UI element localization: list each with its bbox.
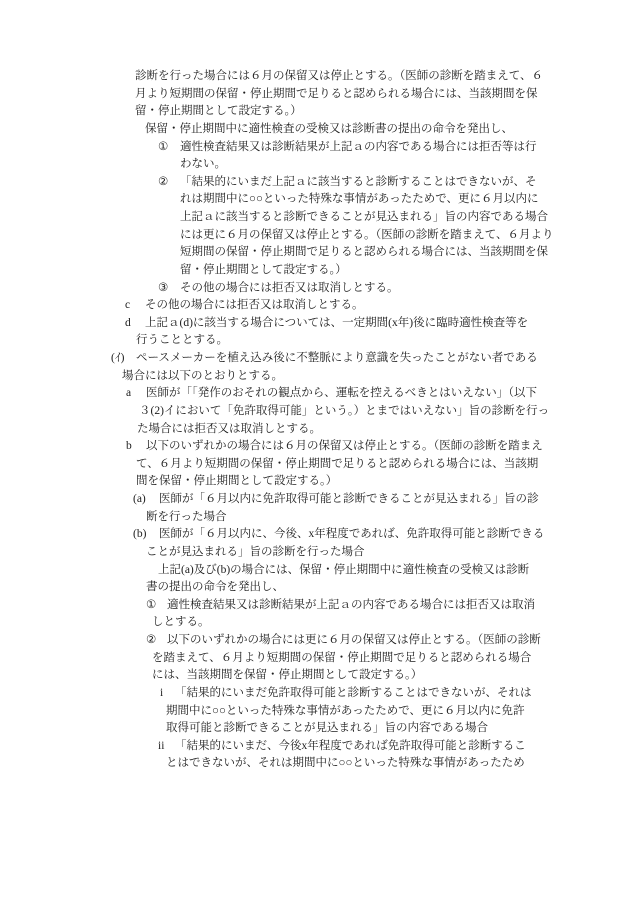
text-line: d上記ａ(d)に該当する場合については、一定期間(x年)後に臨時適性検査等を: [0, 315, 630, 333]
text-line: (b)医師が「６月以内に、今後、x年程度であれば、免許取得可能と診断できる: [0, 526, 630, 544]
line-text: とはできないが、それは期間中に○○といった特殊な事情があったため: [166, 755, 525, 773]
text-line: には、当該期間を保留・停止期間として設定する。）: [0, 667, 630, 685]
text-line: 書の提出の命令を発出し、: [0, 579, 630, 597]
line-text: れは期間中に○○といった特殊な事情があったためで、更に６月以内に: [180, 191, 539, 209]
text-line: ①適性検査結果又は診断結果が上記ａの内容である場合には拒否又は取消: [0, 597, 630, 615]
line-text: しとする。: [152, 614, 210, 632]
line-text: 「結果的にいまだ免許取得可能と診断することはできないが、それは: [175, 685, 532, 703]
text-line: ②「結果的にいまだ上記ａに該当すると診断することはできないが、そ: [0, 174, 630, 192]
text-line: ３(2)イにおいて「免許取得可能」という。）とまではいえない」旨の診断を行っ: [0, 403, 630, 421]
line-text: ことが見込まれる」旨の診断を行った場合: [146, 544, 365, 562]
line-text: 上記ａ(d)に該当する場合については、一定期間(x年)後に臨時適性検査等を: [145, 315, 528, 333]
line-text: 留・停止期間として設定する。）: [135, 103, 302, 121]
line-text: 取得可能と診断できることが見込まれる」旨の内容である場合: [166, 720, 488, 738]
text-line: 上記(a)及び(b)の場合には、保留・停止期間中に適性検査の受検又は診断: [0, 562, 630, 580]
text-line: 上記ａに該当すると診断できることが見込まれる」旨の内容である場合: [0, 209, 630, 227]
list-marker: (a): [133, 491, 159, 509]
text-line: 行うこととする。: [0, 332, 630, 350]
line-text: 留・停止期間として設定する。）: [180, 262, 347, 280]
list-marker: c: [125, 297, 145, 315]
line-text: には、当該期間を保留・停止期間として設定する。）: [152, 667, 422, 685]
text-line: わない。: [0, 156, 630, 174]
line-text: 行うこととする。: [136, 332, 228, 350]
line-text: わない。: [180, 156, 226, 174]
line-text: 医師が「６月以内に免許取得可能と診断できることが見込まれる」旨の診: [159, 491, 539, 509]
list-marker: (b): [133, 526, 159, 544]
text-line: ことが見込まれる」旨の診断を行った場合: [0, 544, 630, 562]
line-text: 適性検査結果又は診断結果が上記ａの内容である場合には拒否等は行: [180, 139, 537, 157]
text-line: 留・停止期間として設定する。）: [0, 103, 630, 121]
text-line: 短期間の保留・停止期間で足りると認められる場合には、当該期間を保: [0, 244, 630, 262]
text-line: a医師が「「発作のおそれの観点から、運転を控えるべきとはいえない」（以下: [0, 385, 630, 403]
document-page: 診断を行った場合には６月の保留又は停止とする。（医師の診断を踏まえて、６月より短…: [0, 68, 630, 773]
list-marker: (ｲ): [111, 350, 136, 368]
line-text: 断を行った場合: [146, 509, 227, 527]
text-line: ③その他の場合には拒否又は取消しとする。: [0, 280, 630, 298]
text-line: 月より短期間の保留・停止期間で足りると認められる場合には、当該期間を保: [0, 86, 630, 104]
list-marker: ①: [158, 139, 180, 157]
text-line: (ｲ)ペースメーカーを植え込み後に不整脈により意識を失ったことがない者である: [0, 350, 630, 368]
text-line: 留・停止期間として設定する。）: [0, 262, 630, 280]
line-text: 月より短期間の保留・停止期間で足りると認められる場合には、当該期間を保: [135, 86, 538, 104]
text-line: 保留・停止期間中に適性検査の受検又は診断書の提出の命令を発出し、: [0, 121, 630, 139]
line-text: 場合には以下のとおりとする。: [122, 368, 283, 386]
line-text: 「結果的にいまだ上記ａに該当すると診断することはできないが、そ: [180, 174, 537, 192]
text-line: れは期間中に○○といった特殊な事情があったためで、更に６月以内に: [0, 191, 630, 209]
text-line: ①適性検査結果又は診断結果が上記ａの内容である場合には拒否等は行: [0, 139, 630, 157]
text-line: 期間中に○○といった特殊な事情があったためで、更に６月以内に免許: [0, 703, 630, 721]
line-text: ペースメーカーを植え込み後に不整脈により意識を失ったことがない者である: [136, 350, 538, 368]
line-text: 以下のいずれかの場合には更に６月の保留又は停止とする。（医師の診断: [167, 632, 541, 650]
text-line: 診断を行った場合には６月の保留又は停止とする。（医師の診断を踏まえて、６: [0, 68, 630, 86]
list-marker: ①: [146, 597, 167, 615]
line-text: その他の場合には拒否又は取消しとする。: [180, 280, 399, 298]
line-text: を踏まえて、６月より短期間の保留・停止期間で足りると認められる場合: [152, 650, 531, 668]
list-marker: ii: [158, 738, 175, 756]
list-marker: ②: [158, 174, 180, 192]
text-line: i「結果的にいまだ免許取得可能と診断することはできないが、それは: [0, 685, 630, 703]
line-text: 医師が「「発作のおそれの観点から、運転を控えるべきとはいえない」（以下: [146, 385, 537, 403]
text-line: しとする。: [0, 614, 630, 632]
line-text: 以下のいずれかの場合には６月の保留又は停止とする。（医師の診断を踏まえ: [146, 438, 543, 456]
line-text: 医師が「６月以内に、今後、x年程度であれば、免許取得可能と診断できる: [159, 526, 544, 544]
list-marker: a: [126, 385, 146, 403]
line-text: 適性検査結果又は診断結果が上記ａの内容である場合には拒否又は取消: [167, 597, 535, 615]
text-line: 間を保留・停止期間として設定する。）: [0, 473, 630, 491]
line-text: 短期間の保留・停止期間で足りると認められる場合には、当該期間を保: [180, 244, 548, 262]
list-marker: ②: [146, 632, 167, 650]
text-line: 断を行った場合: [0, 509, 630, 527]
list-marker: b: [126, 438, 146, 456]
text-line: には更に６月の保留又は停止とする。（医師の診断を踏まえて、６月より: [0, 227, 630, 245]
line-text: ３(2)イにおいて「免許取得可能」という。）とまではいえない」旨の診断を行っ: [139, 403, 549, 421]
text-line: b以下のいずれかの場合には６月の保留又は停止とする。（医師の診断を踏まえ: [0, 438, 630, 456]
line-text: 「結果的にいまだ、今後x年程度であれば免許取得可能と診断するこ: [175, 738, 526, 756]
list-marker: i: [160, 685, 175, 703]
line-text: て、６月より短期間の保留・停止期間で足りると認められる場合には、当該期: [136, 456, 538, 474]
line-text: 保留・停止期間中に適性検査の受検又は診断書の提出の命令を発出し、: [145, 121, 513, 139]
list-marker: ③: [158, 280, 180, 298]
text-line: 取得可能と診断できることが見込まれる」旨の内容である場合: [0, 720, 630, 738]
line-text: 間を保留・停止期間として設定する。）: [136, 473, 337, 491]
text-line: (a)医師が「６月以内に免許取得可能と診断できることが見込まれる」旨の診: [0, 491, 630, 509]
text-line: た場合には拒否又は取消しとする。: [0, 421, 630, 439]
line-text: 診断を行った場合には６月の保留又は停止とする。（医師の診断を踏まえて、６: [135, 68, 543, 86]
line-text: 上記ａに該当すると診断できることが見込まれる」旨の内容である場合: [180, 209, 548, 227]
text-line: cその他の場合には拒否又は取消しとする。: [0, 297, 630, 315]
line-text: 書の提出の命令を発出し、: [146, 579, 284, 597]
line-text: 期間中に○○といった特殊な事情があったためで、更に６月以内に免許: [166, 703, 525, 721]
text-line: を踏まえて、６月より短期間の保留・停止期間で足りると認められる場合: [0, 650, 630, 668]
line-text: その他の場合には拒否又は取消しとする。: [145, 297, 364, 315]
text-line: て、６月より短期間の保留・停止期間で足りると認められる場合には、当該期: [0, 456, 630, 474]
list-marker: d: [125, 315, 145, 333]
text-line: 場合には以下のとおりとする。: [0, 368, 630, 386]
line-text: には更に６月の保留又は停止とする。（医師の診断を踏まえて、６月より: [180, 227, 554, 245]
line-text: 上記(a)及び(b)の場合には、保留・停止期間中に適性検査の受検又は診断: [158, 562, 529, 580]
text-line: とはできないが、それは期間中に○○といった特殊な事情があったため: [0, 755, 630, 773]
line-text: た場合には拒否又は取消しとする。: [137, 421, 321, 439]
text-line: ②以下のいずれかの場合には更に６月の保留又は停止とする。（医師の診断: [0, 632, 630, 650]
text-line: ii「結果的にいまだ、今後x年程度であれば免許取得可能と診断するこ: [0, 738, 630, 756]
